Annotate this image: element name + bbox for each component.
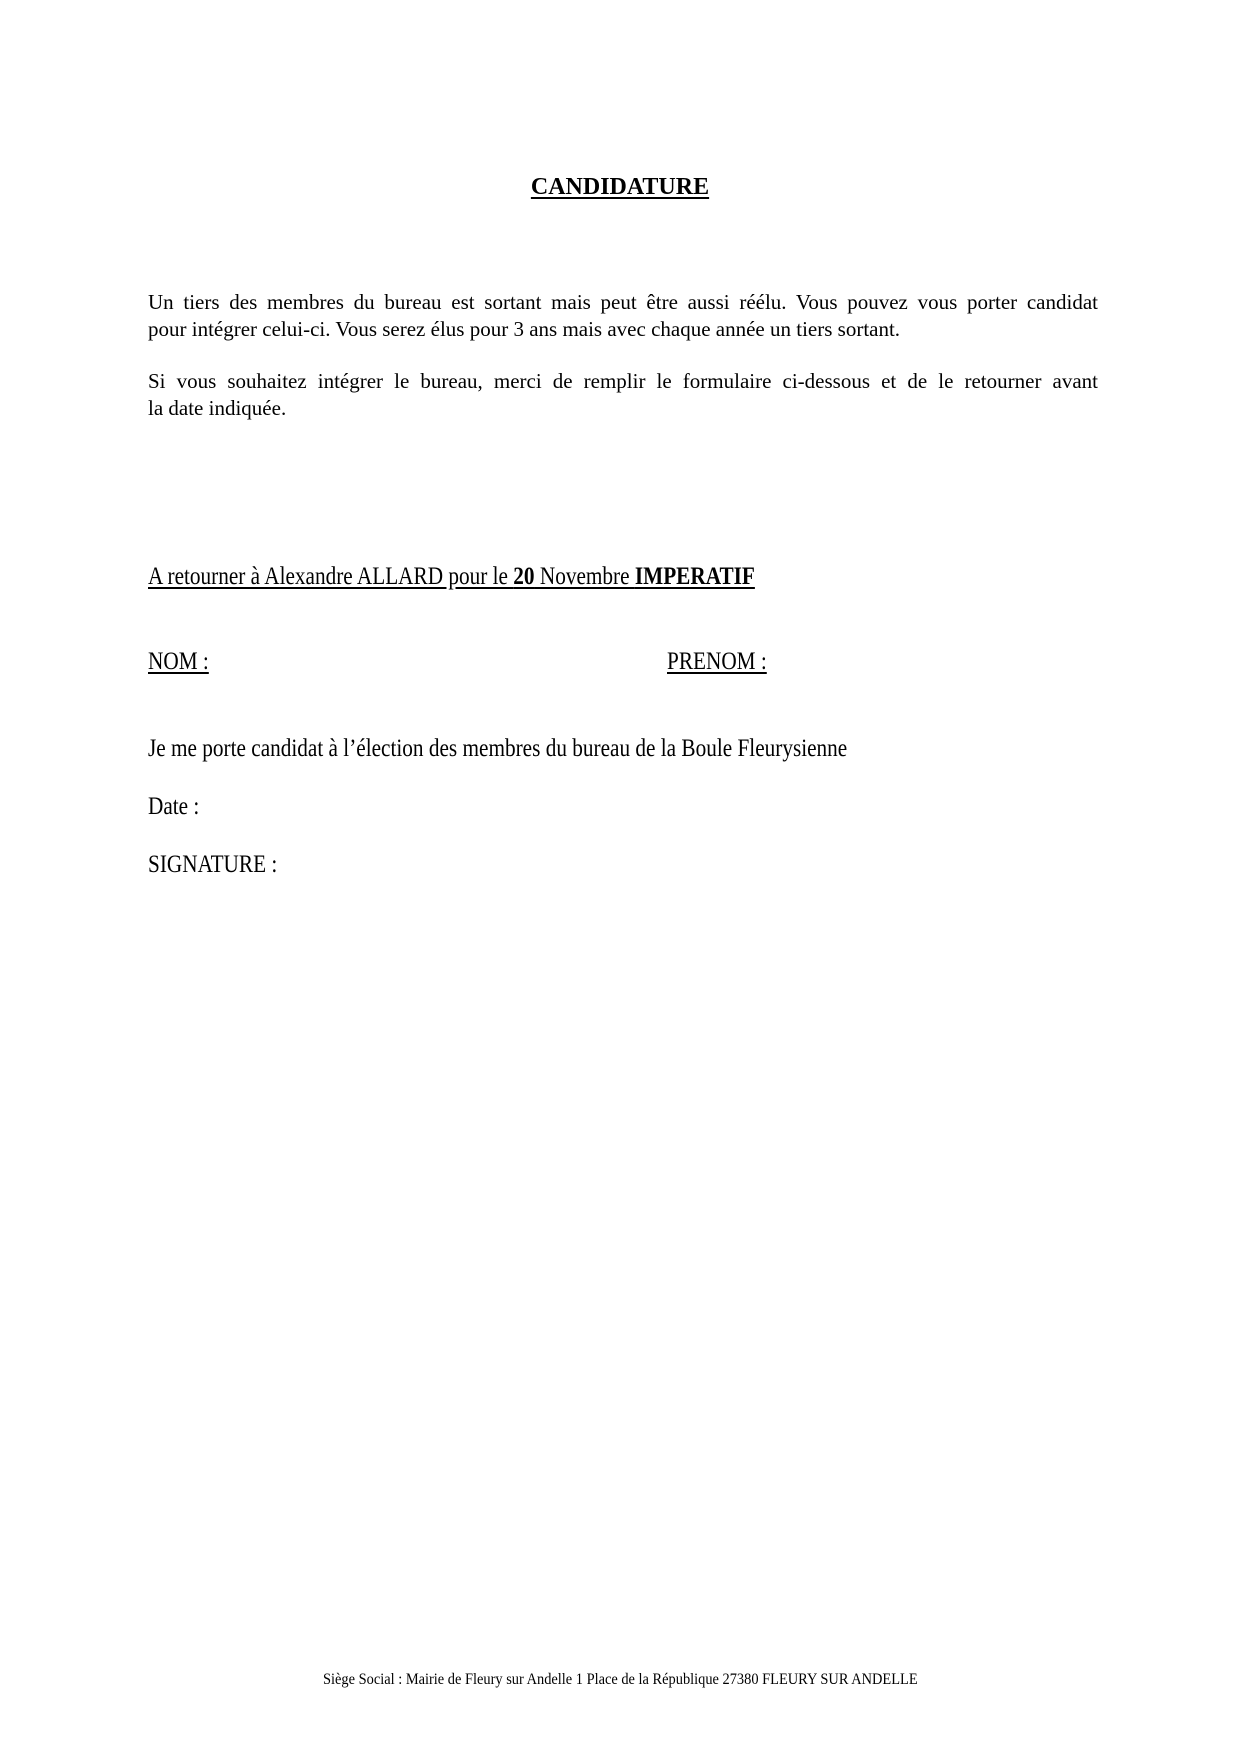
nom-field-label: NOM : bbox=[148, 648, 209, 676]
footer-address: Siège Social : Mairie de Fleury sur Ande… bbox=[0, 1671, 1240, 1689]
return-instruction: A retourner à Alexandre ALLARD pour le 2… bbox=[148, 563, 755, 591]
return-deadline-day: 20 bbox=[513, 563, 534, 590]
instructions-paragraph: Si vous souhaitez intégrer le bureau, me… bbox=[148, 368, 1098, 422]
document-title: CANDIDATURE bbox=[0, 174, 1240, 201]
footer-address-text: Siège Social : Mairie de Fleury sur Ande… bbox=[323, 1671, 918, 1689]
intro-paragraph-line: pour intégrer celui-ci. Vous serez élus … bbox=[148, 316, 1098, 343]
candidacy-declaration: Je me porte candidat à l’élection des me… bbox=[148, 735, 847, 763]
instructions-paragraph-line: Si vous souhaitez intégrer le bureau, me… bbox=[148, 368, 1098, 395]
signature-field-label: SIGNATURE : bbox=[148, 851, 277, 879]
intro-paragraph-line: Un tiers des membres du bureau est sorta… bbox=[148, 289, 1098, 316]
intro-paragraph: Un tiers des membres du bureau est sorta… bbox=[148, 289, 1098, 343]
return-deadline-month: Novembre bbox=[535, 563, 635, 590]
instructions-paragraph-line: la date indiquée. bbox=[148, 395, 1098, 422]
prenom-field-label: PRENOM : bbox=[667, 648, 767, 676]
return-instruction-prefix: A retourner à Alexandre ALLARD pour le bbox=[148, 563, 513, 590]
date-field-label: Date : bbox=[148, 793, 199, 821]
return-emphasis: IMPERATIF bbox=[635, 563, 755, 590]
